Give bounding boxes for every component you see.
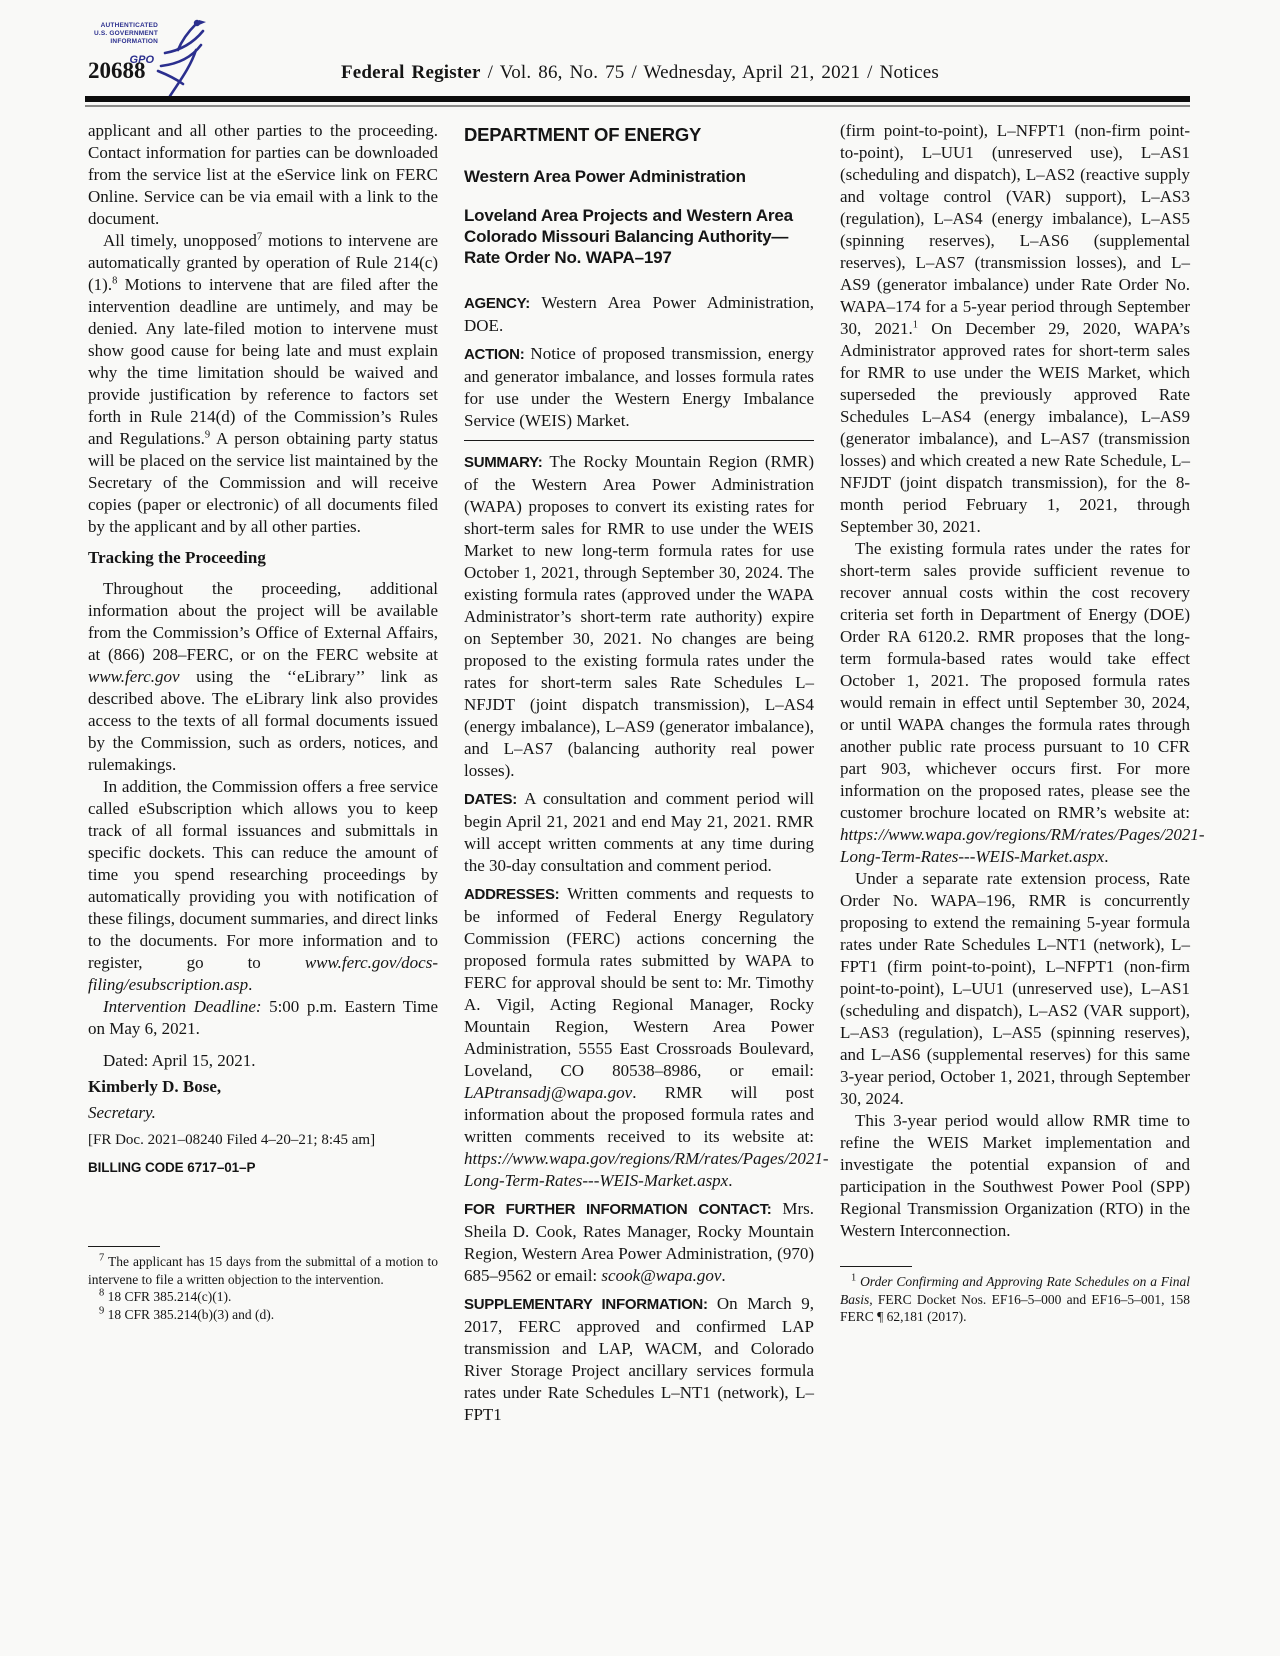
paragraph: In addition, the Commission offers a fre…	[88, 776, 438, 996]
text-segment: ACTION:	[464, 346, 530, 363]
addresses-paragraph: ADDRESSES: Written comments and requests…	[464, 883, 814, 1192]
text-segment: Motions to intervene that are filed afte…	[88, 275, 438, 448]
signature-title: Secretary.	[88, 1102, 438, 1124]
text-segment: .	[721, 1266, 725, 1285]
column-1: applicant and all other parties to the p…	[88, 120, 438, 1323]
running-head: Federal Register / Vol. 86, No. 75 / Wed…	[120, 62, 1160, 84]
paragraph: (firm point-to-point), L–NFPT1 (non-firm…	[840, 120, 1190, 538]
paragraph: Throughout the proceeding, additional in…	[88, 578, 438, 776]
billing-code: BILLING CODE 6717–01–P	[88, 1159, 438, 1176]
text-segment: AGENCY:	[464, 295, 541, 312]
fr-doc-line: [FR Doc. 2021–08240 Filed 4–20–21; 8:45 …	[88, 1130, 438, 1150]
dates-paragraph: DATES: A consultation and comment period…	[464, 788, 814, 877]
text-segment: The Rocky Mountain Region (RMR) of the W…	[464, 452, 814, 780]
header-divider	[85, 96, 1190, 107]
text-segment: Western Area Power Administration	[464, 167, 746, 186]
text-segment: Secretary.	[88, 1103, 156, 1122]
paragraph: This 3-year period would allow RMR time …	[840, 1110, 1190, 1242]
footnote-rule	[840, 1266, 912, 1267]
thick-rule	[85, 96, 1190, 102]
text-segment: LAPtransadj@wapa.gov	[464, 1083, 632, 1102]
footnote: 8 18 CFR 385.214(c)(1).	[88, 1288, 438, 1306]
text-segment: Kimberly D. Bose,	[88, 1077, 221, 1096]
column-2: DEPARTMENT OF ENERGYWestern Area Power A…	[464, 120, 814, 1426]
text-segment: Under a separate rate extension process,…	[840, 869, 1190, 1108]
text-segment: FOR FURTHER INFORMATION CONTACT:	[464, 1201, 782, 1218]
text-segment: [FR Doc. 2021–08240 Filed 4–20–21; 8:45 …	[88, 1132, 375, 1148]
paragraph: Intervention Deadline: 5:00 p.m. Eastern…	[88, 996, 438, 1040]
text-segment: Dated: April 15, 2021.	[103, 1051, 256, 1070]
text-segment: SUPPLEMENTARY INFORMATION:	[464, 1296, 717, 1313]
paragraph: Under a separate rate extension process,…	[840, 868, 1190, 1110]
federal-register-page: AUTHENTICATED U.S. GOVERNMENT INFORMATIO…	[0, 0, 1280, 1656]
paragraph: applicant and all other parties to the p…	[88, 120, 438, 230]
page-body: applicant and all other parties to the p…	[88, 120, 1190, 1426]
text-segment: FERC Docket Nos. EF16–5–000 and EF16–5–0…	[840, 1292, 1190, 1325]
text-segment: In addition, the Commission offers a fre…	[88, 777, 438, 972]
footnote: 7 The applicant has 15 days from the sub…	[88, 1253, 438, 1288]
paragraph: The existing formula rates under the rat…	[840, 538, 1190, 868]
paragraph: All timely, unopposed7 motions to interv…	[88, 230, 438, 538]
section-divider	[464, 440, 814, 441]
text-segment: The existing formula rates under the rat…	[840, 539, 1190, 822]
text-segment: scook@wapa.gov	[601, 1266, 721, 1285]
signature-name: Kimberly D. Bose,	[88, 1076, 438, 1098]
text-segment: (firm point-to-point), L–NFPT1 (non-firm…	[840, 121, 1190, 338]
text-segment: This 3-year period would allow RMR time …	[840, 1111, 1190, 1240]
text-segment: https://www.wapa.gov/regions/RM/rates/Pa…	[840, 825, 1205, 866]
text-segment: 18 CFR 385.214(b)(3) and (d).	[104, 1307, 274, 1322]
text-segment: BILLING CODE 6717–01–P	[88, 1160, 255, 1175]
text-segment: https://www.wapa.gov/regions/RM/rates/Pa…	[464, 1149, 829, 1190]
text-segment: www.ferc.gov	[88, 667, 180, 686]
text-segment: .	[248, 975, 252, 994]
eagle-icon	[146, 14, 208, 100]
text-segment: DEPARTMENT OF ENERGY	[464, 124, 701, 145]
text-segment: ADDRESSES:	[464, 886, 567, 903]
text-segment: On March 9, 2017, FERC approved and conf…	[464, 1294, 814, 1424]
dated-line: Dated: April 15, 2021.	[88, 1050, 438, 1072]
text-segment: applicant and all other parties to the p…	[88, 121, 438, 228]
contact-paragraph: FOR FURTHER INFORMATION CONTACT: Mrs. Sh…	[464, 1198, 814, 1287]
gpo-authenticated-logo: AUTHENTICATED U.S. GOVERNMENT INFORMATIO…	[72, 12, 210, 102]
text-segment: Intervention Deadline:	[103, 997, 262, 1016]
text-segment: The applicant has 15 days from the submi…	[88, 1254, 438, 1287]
text-segment: Tracking the Proceeding	[88, 548, 266, 567]
notice-title: Loveland Area Projects and Western Area …	[464, 205, 814, 268]
journal-meta: / Vol. 86, No. 75 / Wednesday, April 21,…	[488, 62, 939, 83]
text-segment: Throughout the proceeding, additional in…	[88, 579, 438, 664]
section-heading: Tracking the Proceeding	[88, 547, 438, 569]
text-segment: Written comments and requests to be info…	[464, 884, 814, 1080]
agency-heading: Western Area Power Administration	[464, 166, 814, 187]
summary-paragraph: SUMMARY: The Rocky Mountain Region (RMR)…	[464, 451, 814, 782]
journal-title: Federal Register	[341, 62, 481, 83]
action-paragraph: ACTION: Notice of proposed transmission,…	[464, 343, 814, 432]
text-segment: All timely, unopposed	[103, 231, 257, 250]
text-segment: Loveland Area Projects and Western Area …	[464, 206, 793, 267]
footnote-rule	[88, 1246, 160, 1247]
department-heading: DEPARTMENT OF ENERGY	[464, 124, 814, 146]
agency-paragraph: AGENCY: Western Area Power Administratio…	[464, 292, 814, 337]
footnote: 9 18 CFR 385.214(b)(3) and (d).	[88, 1306, 438, 1324]
text-segment: DATES:	[464, 791, 524, 808]
text-segment: 18 CFR 385.214(c)(1).	[104, 1289, 231, 1304]
footnote: 1 Order Confirming and Approving Rate Sc…	[840, 1273, 1190, 1326]
text-segment: On December 29, 2020, WAPA’s Administrat…	[840, 319, 1190, 536]
text-segment: .	[1104, 847, 1108, 866]
text-segment: .	[728, 1171, 732, 1190]
text-segment: SUMMARY:	[464, 454, 549, 471]
supplementary-paragraph: SUPPLEMENTARY INFORMATION: On March 9, 2…	[464, 1293, 814, 1426]
thin-rule	[85, 105, 1190, 107]
column-3: (firm point-to-point), L–NFPT1 (non-firm…	[840, 120, 1190, 1326]
